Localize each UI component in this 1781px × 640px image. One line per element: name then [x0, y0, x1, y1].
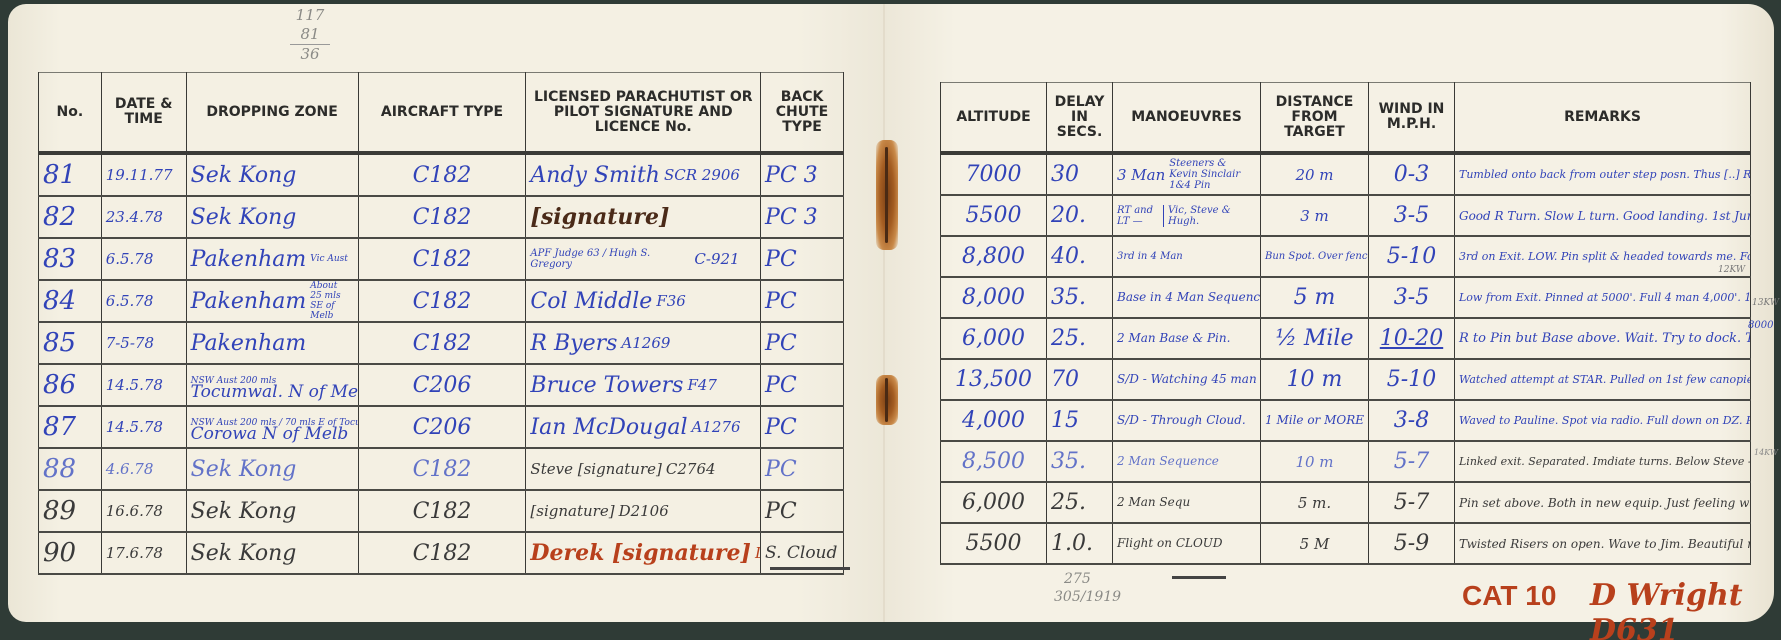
tally-line: 117 [290, 6, 330, 25]
table-row: 4,000 15 S/D - Through Cloud. 1 Mile or … [941, 400, 1751, 441]
jump-date: 17.6.78 [101, 532, 186, 574]
back-chute-type: PC [761, 322, 844, 364]
tally-line: 275 [1054, 570, 1121, 588]
altitude: 4,000 [941, 400, 1047, 441]
tally-line: 81 [290, 25, 330, 45]
jump-number: 90 [39, 532, 102, 574]
aircraft-type: C182 [358, 448, 526, 490]
signature-cell: Steve [signature]C2764 [526, 448, 761, 490]
margin-note: 13KW [1752, 298, 1779, 308]
spine [883, 4, 885, 622]
manoeuvres: 3rd in 4 Man [1113, 236, 1261, 277]
licence-number: F47 [687, 376, 717, 394]
header-aircraft-type: AIRCRAFT TYPE [358, 73, 526, 154]
remarks: Good R Turn. Slow L turn. Good landing. … [1455, 195, 1751, 236]
jump-log-left-table: No. DATE & TIME DROPPING ZONE AIRCRAFT T… [38, 72, 844, 575]
delay: 1.0. [1047, 523, 1113, 564]
table-row: 87 14.5.78 NSW Aust 200 mls / 70 mls E o… [39, 406, 844, 448]
signature: Derek [signature] [530, 540, 751, 566]
right-header-row: ALTITUDE DELAY IN SECS. MANOEUVRES DISTA… [941, 83, 1751, 154]
table-row: 5500 20. RT and LT —Vic, Steve & Hugh. 3… [941, 195, 1751, 236]
remarks: Waved to Pauline. Spot via radio. Full d… [1455, 400, 1751, 441]
tally-line: 36 [290, 45, 330, 64]
wind: 0-3 [1369, 153, 1455, 195]
distance: 5 m. [1261, 482, 1369, 523]
header-date-time: DATE & TIME [101, 73, 186, 154]
back-chute-type: PC [761, 490, 844, 532]
delay: 70 [1047, 359, 1113, 400]
header-distance: DISTANCE FROM TARGET [1261, 83, 1369, 154]
jump-date: 14.5.78 [101, 364, 186, 406]
licence-number: SCR 2906 [664, 166, 740, 184]
dropping-zone: Pakenham [191, 247, 307, 272]
jump-date: 23.4.78 [101, 196, 186, 238]
delay: 25. [1047, 318, 1113, 359]
jump-number: 87 [39, 406, 102, 448]
table-row: 81 19.11.77 Sek Kong C182 Andy SmithSCR … [39, 153, 844, 196]
manoeuvres: 2 Man Sequence [1113, 441, 1261, 482]
dropping-zone: Sek Kong [186, 196, 358, 238]
back-chute-type: PC 3 [761, 153, 844, 196]
jump-number: 89 [39, 490, 102, 532]
signature-cell: Ian McDougalA1276 [526, 406, 761, 448]
table-row: 84 6.5.78 PakenhamAbout 25 mls SE of Mel… [39, 280, 844, 322]
back-chute-type: PC [761, 406, 844, 448]
signature-cell: Derek [signature]D631 [526, 532, 761, 574]
staple-top [876, 140, 898, 250]
remarks: Linked exit. Separated. Imdiate turns. B… [1455, 441, 1751, 482]
wind: 10-20 [1369, 318, 1455, 359]
wind: 5-7 [1369, 441, 1455, 482]
manoeuvres-note: Steeners & Kevin Sinclair 1&4 Pin [1169, 158, 1249, 191]
manoeuvres-cell: 3 ManSteeners & Kevin Sinclair 1&4 Pin [1113, 153, 1261, 195]
distance: 5 M [1261, 523, 1369, 564]
margin-tally: 117 81 36 [290, 6, 330, 64]
signature-cell: R ByersA1269 [526, 322, 761, 364]
table-row: 8,800 40. 3rd in 4 Man Bun Spot. Over fe… [941, 236, 1751, 277]
back-chute-type: PC [761, 238, 844, 280]
table-row: 13,500 70 S/D - Watching 45 man Star 10 … [941, 359, 1751, 400]
delay: 15 [1047, 400, 1113, 441]
licence-number: C2764 [666, 460, 716, 478]
manoeuvres: 2 Man Sequ [1113, 482, 1261, 523]
category-certification: CAT 10 [1462, 580, 1556, 612]
jump-number: 81 [39, 153, 102, 196]
logbook-spread: 117 81 36 No. DATE & TIME DROPPING ZONE … [0, 0, 1781, 640]
wind: 3-5 [1369, 195, 1455, 236]
signature: Ian McDougal [530, 415, 687, 440]
aircraft-type: C182 [358, 280, 526, 322]
signature: APF Judge 63 / Hugh S. Gregory [530, 248, 690, 270]
header-altitude: ALTITUDE [941, 83, 1047, 154]
table-row: 85 7-5-78 Pakenham C182 R ByersA1269 PC [39, 322, 844, 364]
altitude: 7000 [941, 153, 1047, 195]
cloud-underline [1172, 576, 1226, 579]
jump-date: 4.6.78 [101, 448, 186, 490]
margin-note: 14KW [1754, 448, 1778, 457]
dropping-zone: Pakenham [186, 322, 358, 364]
altitude: 5500 [941, 195, 1047, 236]
table-row: 83 6.5.78 PakenhamVic Aust C182 APF Judg… [39, 238, 844, 280]
jump-date: 7-5-78 [101, 322, 186, 364]
header-signature: LICENSED PARACHUTIST OR PILOT SIGNATURE … [526, 73, 761, 154]
licence-number: C-921 [694, 250, 739, 268]
delay: 25. [1047, 482, 1113, 523]
remarks: Low from Exit. Pinned at 5000'. Full 4 m… [1455, 277, 1751, 318]
table-row: 89 16.6.78 Sek Kong C182 [signature]D210… [39, 490, 844, 532]
distance: 3 m [1261, 195, 1369, 236]
header-no: No. [39, 73, 102, 154]
table-row: 6,000 25. 2 Man Sequ 5 m. 5-7 Pin set ab… [941, 482, 1751, 523]
altitude: 8,800 [941, 236, 1047, 277]
distance: 20 m [1261, 153, 1369, 195]
jump-number: 88 [39, 448, 102, 490]
table-row: 88 4.6.78 Sek Kong C182 Steve [signature… [39, 448, 844, 490]
distance: 1 Mile or MORE [1261, 400, 1369, 441]
altitude: 8,000 [941, 277, 1047, 318]
wind: 5-7 [1369, 482, 1455, 523]
back-chute-type: PC [761, 364, 844, 406]
licence-number: F36 [656, 292, 686, 310]
aircraft-type: C182 [358, 532, 526, 574]
signature: Col Middle [530, 289, 652, 314]
manoeuvres: 3 Man [1117, 166, 1165, 184]
delay: 35. [1047, 277, 1113, 318]
aircraft-type: C182 [358, 322, 526, 364]
signature: Bruce Towers [530, 373, 683, 398]
licence-number: D2106 [619, 502, 669, 520]
dropping-zone: Sek Kong [186, 153, 358, 196]
remarks: Twisted Risers on open. Wave to Jim. Bea… [1455, 523, 1751, 564]
signature-cell: APF Judge 63 / Hugh S. GregoryC-921 [526, 238, 761, 280]
dropping-zone: Sek Kong [186, 448, 358, 490]
header-wind: WIND IN M.P.H. [1369, 83, 1455, 154]
aircraft-type: C182 [358, 490, 526, 532]
instructor-signature: D Wright D631 [1590, 578, 1781, 640]
table-row: 86 14.5.78 NSW Aust 200 mlsTocumwal. N o… [39, 364, 844, 406]
aircraft-type: C206 [358, 364, 526, 406]
dropping-zone: Pakenham [191, 289, 307, 314]
table-row: 5500 1.0. Flight on CLOUD 5 M 5-9 Twiste… [941, 523, 1751, 564]
signature-cell: Andy SmithSCR 2906 [526, 153, 761, 196]
wind: 5-10 [1369, 359, 1455, 400]
jump-number: 84 [39, 280, 102, 322]
aircraft-type: C182 [358, 153, 526, 196]
zone-note: About 25 mls SE of Melb [310, 281, 350, 321]
dropping-zone-cell: PakenhamAbout 25 mls SE of Melb [186, 280, 358, 322]
aircraft-type: C182 [358, 196, 526, 238]
jump-number: 86 [39, 364, 102, 406]
jump-number: 82 [39, 196, 102, 238]
table-row: 6,000 25. 2 Man Base & Pin. ½ Mile 10-20… [941, 318, 1751, 359]
jump-date: 14.5.78 [101, 406, 186, 448]
signature: Andy Smith [530, 163, 660, 188]
table-row: 8,500 35. 2 Man Sequence 10 m 5-7 Linked… [941, 441, 1751, 482]
distance: Bun Spot. Over fence with COWS [1261, 236, 1369, 277]
manoeuvres: Flight on CLOUD [1113, 523, 1261, 564]
dropping-zone-cell: NSW Aust 200 mlsTocumwal. N of Melb. [186, 364, 358, 406]
manoeuvres: Base in 4 Man Sequencial [1113, 277, 1261, 318]
dropping-zone: Sek Kong [186, 532, 358, 574]
wind: 5-9 [1369, 523, 1455, 564]
header-manoeuvres: MANOEUVRES [1113, 83, 1261, 154]
remarks: Pin set above. Both in new equip. Just f… [1455, 482, 1751, 523]
aircraft-type: C182 [358, 238, 526, 280]
dropping-zone-cell: NSW Aust 200 mls / 70 mls E of TocumCoro… [186, 406, 358, 448]
altitude: 5500 [941, 523, 1047, 564]
signature: R Byers [530, 331, 617, 356]
back-chute-type: PC [761, 448, 844, 490]
aircraft-type: C206 [358, 406, 526, 448]
table-row: 82 23.4.78 Sek Kong C182 [signature] PC … [39, 196, 844, 238]
footer-tally: 275 305/1919 [1054, 570, 1121, 606]
back-chute-type: PC 3 [761, 196, 844, 238]
signature-cell: [signature] [526, 196, 761, 238]
remarks: 3rd on Exit. LOW. Pin split & headed tow… [1455, 236, 1751, 277]
distance: 10 m [1261, 441, 1369, 482]
tally-line: 305/1919 [1054, 588, 1121, 606]
manoeuvres: S/D - Through Cloud. [1113, 400, 1261, 441]
staple-bottom [876, 375, 898, 425]
back-chute-type: PC [761, 280, 844, 322]
table-row: 8,000 35. Base in 4 Man Sequencial 5 m 3… [941, 277, 1751, 318]
wind: 3-8 [1369, 400, 1455, 441]
delay: 40. [1047, 236, 1113, 277]
jump-date: 6.5.78 [101, 280, 186, 322]
signature-cell: Col MiddleF36 [526, 280, 761, 322]
signature: Steve [signature] [530, 460, 661, 478]
jump-log-right-table: ALTITUDE DELAY IN SECS. MANOEUVRES DISTA… [940, 82, 1751, 565]
left-header-row: No. DATE & TIME DROPPING ZONE AIRCRAFT T… [39, 73, 844, 154]
margin-note: 8000 [1748, 320, 1773, 331]
remarks: Watched attempt at STAR. Pulled on 1st f… [1455, 359, 1751, 400]
header-dropping-zone: DROPPING ZONE [186, 73, 358, 154]
jump-date: 19.11.77 [101, 153, 186, 196]
header-delay: DELAY IN SECS. [1047, 83, 1113, 154]
altitude: 6,000 [941, 482, 1047, 523]
dropping-zone: Tocumwal. N of Melb. [191, 386, 354, 398]
delay: 20. [1047, 195, 1113, 236]
distance: ½ Mile [1261, 318, 1369, 359]
distance: 10 m [1261, 359, 1369, 400]
licence-number: A1269 [621, 334, 670, 352]
dropping-zone: Corowa N of Melb [191, 428, 354, 440]
dropping-zone-cell: PakenhamVic Aust [186, 238, 358, 280]
altitude: 8,500 [941, 441, 1047, 482]
signature-cell: [signature]D2106 [526, 490, 761, 532]
signature: [signature] [530, 204, 669, 230]
margin-note: 12KW [1718, 265, 1745, 275]
dropping-zone: Sek Kong [186, 490, 358, 532]
remarks: Tumbled onto back from outer step posn. … [1455, 153, 1751, 195]
manoeuvres: 2 Man Base & Pin. [1113, 318, 1261, 359]
wind: 5-10 [1369, 236, 1455, 277]
manoeuvres: S/D - Watching 45 man Star [1113, 359, 1261, 400]
jump-date: 16.6.78 [101, 490, 186, 532]
jump-number: 85 [39, 322, 102, 364]
zone-note: Vic Aust [310, 254, 348, 264]
manoeuvres: RT and LT — [1117, 205, 1164, 227]
remarks: R to Pin but Base above. Wait. Try to do… [1455, 318, 1751, 359]
licence-number: D631 [755, 544, 761, 562]
signature: [signature] [530, 502, 614, 520]
manoeuvres-note: Vic, Steve & Hugh. [1168, 205, 1238, 227]
wind: 3-5 [1369, 277, 1455, 318]
delay: 35. [1047, 441, 1113, 482]
licence-number: A1276 [692, 418, 741, 436]
s-cloud-underline [770, 567, 850, 570]
altitude: 6,000 [941, 318, 1047, 359]
signature-cell: Bruce TowersF47 [526, 364, 761, 406]
distance: 5 m [1261, 277, 1369, 318]
jump-number: 83 [39, 238, 102, 280]
manoeuvres-cell: RT and LT —Vic, Steve & Hugh. [1113, 195, 1261, 236]
jump-date: 6.5.78 [101, 238, 186, 280]
altitude: 13,500 [941, 359, 1047, 400]
header-back-chute: BACK CHUTE TYPE [761, 73, 844, 154]
table-row: 90 17.6.78 Sek Kong C182 Derek [signatur… [39, 532, 844, 574]
header-remarks: REMARKS [1455, 83, 1751, 154]
delay: 30 [1047, 153, 1113, 195]
table-row: 7000 30 3 ManSteeners & Kevin Sinclair 1… [941, 153, 1751, 195]
